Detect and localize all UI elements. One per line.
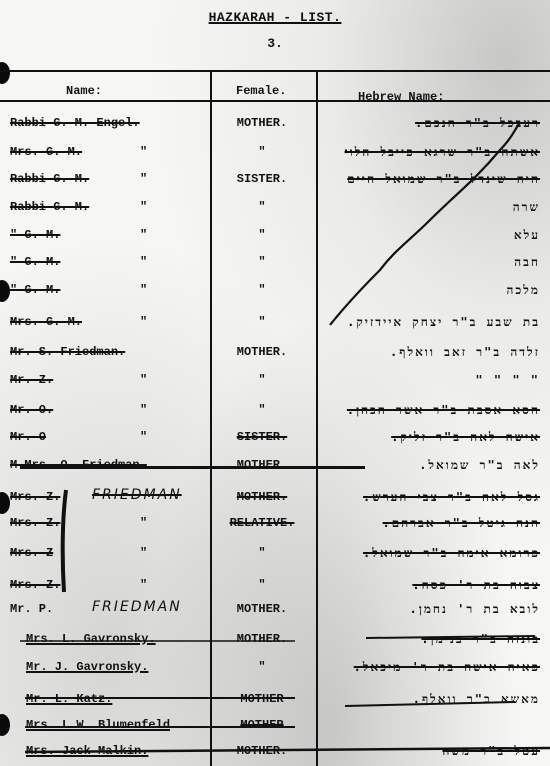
table-row: Rabbi G. M."SISTER.חיה שינדל ב"ר שמואל ח…	[0, 172, 550, 192]
row-name: Mrs. G. M.	[10, 145, 82, 159]
table-row: Mrs. L. Gavronsky.MOTHER.בונזה ב"ר בנימן…	[0, 632, 550, 652]
row-hebrew-name: עלא	[514, 228, 540, 243]
row-name: Mrs. L. Gavronsky.	[26, 632, 156, 646]
row-ditto-mark: "	[140, 516, 147, 530]
row-hebrew-name: שרה	[513, 200, 540, 215]
row-hebrew-name: חיה שינדל ב"ר שמואל חיים	[347, 172, 540, 187]
table-row: " G. M.""מלכה	[0, 283, 550, 303]
table-row: Mr. P.FRIEDMANMOTHER.לובא בת ר' נחמן.	[0, 602, 550, 622]
row-name: Mrs. L.W. Blumenfeld	[26, 718, 170, 732]
row-name: M Mrs. O. Friedman.	[10, 458, 147, 472]
table-row: Mrs. L.W. BlumenfeldMOTHER	[0, 718, 550, 738]
punch-hole	[0, 62, 10, 84]
table-row: Mr. O.""חסא אסבת ב"ר אשר הכהן.	[0, 403, 550, 423]
page-number: 3.	[0, 36, 550, 51]
row-relation: MOTHER.	[212, 632, 312, 646]
row-relation: MOTHER	[212, 718, 312, 732]
table-row: " G. M.""עלא	[0, 228, 550, 248]
row-relation: MOTHER.	[212, 602, 312, 616]
row-name: Mr. J. Gavronsky.	[26, 660, 148, 674]
table-row: " G. M.""חבה	[0, 255, 550, 275]
row-hebrew-name: זלדה ב"ר זאב וואלף.	[390, 345, 540, 360]
row-ditto-mark: "	[140, 578, 147, 592]
row-hebrew-name: לאה ב"ר שמואל.	[419, 458, 540, 473]
row-name: " G. M.	[10, 228, 60, 242]
row-relation: "	[212, 373, 312, 387]
header-rule	[0, 100, 550, 102]
header-name: Name:	[66, 84, 102, 98]
row-hebrew-name: מלכה	[507, 283, 541, 298]
row-relation: MOTHER	[212, 692, 312, 706]
table-row: Mr. O"SISTER.אישה לאה ב"ר זליק.	[0, 430, 550, 450]
row-relation: "	[212, 315, 312, 329]
row-name: " G. M.	[10, 255, 60, 269]
row-hebrew-name: אישה לאה ב"ר זליק.	[391, 430, 540, 445]
row-relation: "	[212, 660, 312, 674]
row-ditto-mark: "	[140, 228, 147, 242]
row-hebrew-name: גסל לאה ב"ר צבי הערש.	[363, 490, 540, 505]
row-hebrew-name: פאיה אישה בת ר' מיכאל.	[354, 660, 540, 675]
row-relation: "	[212, 578, 312, 592]
table-row: Mrs. Z."RELATIVE.חנה גיטל ב"ר אברהם.	[0, 516, 550, 536]
row-relation: "	[212, 403, 312, 417]
row-relation: MOTHER.	[212, 116, 312, 130]
row-hebrew-name: עטל ב"ר משה	[442, 744, 540, 759]
row-name: Rabbi G. M. Engel.	[10, 116, 140, 130]
row-name: Mrs. Z	[10, 546, 53, 560]
row-name: Mr. S. Friedman.	[10, 345, 125, 359]
row-relation: "	[212, 145, 312, 159]
table-row: Rabbi G. M. Engel.MOTHER.רעבכל ב"ר חנכם.	[0, 116, 550, 136]
row-relation: "	[212, 228, 312, 242]
row-hebrew-name: בונזה ב"ר בנימן.	[421, 632, 540, 647]
row-ditto-mark: "	[140, 546, 147, 560]
row-hebrew-name: חנה גיטל ב"ר אברהם.	[383, 516, 540, 531]
document-page: HAZKARAH - LIST. 3. Name: Female. Hebrew…	[0, 0, 550, 766]
row-hebrew-name: צבוה בת ר' פסח.	[412, 578, 540, 593]
row-hebrew-name: מאשא ב"ר וואלף.	[413, 692, 540, 707]
table-row: Mrs. G. M.""אשתח ב"ר שרגא פייבל הלוי	[0, 145, 550, 165]
table-row: Mr. L. Katz.MOTHERמאשא ב"ר וואלף.	[0, 692, 550, 712]
table-row: Mrs. Z.FRIEDMANMOTHER.גסל לאה ב"ר צבי הע…	[0, 490, 550, 510]
row-ditto-mark: "	[140, 373, 147, 387]
row-hebrew-name: אשתח ב"ר שרגא פייבל הלוי	[345, 145, 540, 160]
row-name: Mr. O.	[10, 403, 53, 417]
table-row: M Mrs. O. Friedman.MOTHER.לאה ב"ר שמואל.	[0, 458, 550, 478]
row-ditto-mark: "	[140, 315, 147, 329]
table-row: Mr. S. Friedman.MOTHER.זלדה ב"ר זאב וואל…	[0, 345, 550, 365]
table-row: Mrs. Z.""צבוה בת ר' פסח.	[0, 578, 550, 598]
table-row: Mr. J. Gavronsky."פאיה אישה בת ר' מיכאל.	[0, 660, 550, 680]
row-ditto-mark: "	[140, 172, 147, 186]
row-name: Mr. P.	[10, 602, 53, 616]
row-ditto-mark: "	[140, 200, 147, 214]
row-relation: RELATIVE.	[212, 516, 312, 530]
row-relation: MOTHER.	[212, 490, 312, 504]
row-hebrew-name: פרומא אימה ב"ר שמואל.	[363, 546, 540, 561]
row-relation: "	[212, 255, 312, 269]
row-ditto-mark: "	[140, 430, 147, 444]
table-row: Mrs. G. M.""בת שבע ב"ר יצחק איידזיק.	[0, 315, 550, 335]
row-hebrew-name: חסא אסבת ב"ר אשר הכהן.	[347, 403, 540, 418]
row-name: Rabbi G. M.	[10, 200, 89, 214]
row-name: Mrs. Z.	[10, 490, 60, 504]
row-name: " G. M.	[10, 283, 60, 297]
row-relation: "	[212, 546, 312, 560]
row-relation: SISTER.	[212, 172, 312, 186]
row-hebrew-name: חבה	[514, 255, 540, 270]
table-row: Mr. Z.""" " " "	[0, 373, 550, 393]
row-name: Mr. Z.	[10, 373, 53, 387]
table-row: Rabbi G. M.""שרה	[0, 200, 550, 220]
row-hebrew-name: רעבכל ב"ר חנכם.	[415, 116, 540, 131]
row-handwritten-surname: FRIEDMAN	[92, 487, 182, 503]
row-name: Mr. O	[10, 430, 46, 444]
row-relation: MOTHER.	[212, 345, 312, 359]
row-hebrew-name: לובא בת ר' נחמן.	[410, 602, 540, 617]
row-relation: MOTHER.	[212, 744, 312, 758]
row-ditto-mark: "	[140, 255, 147, 269]
row-name: Mrs. Z.	[10, 516, 60, 530]
row-relation: "	[212, 283, 312, 297]
row-relation: MOTHER.	[212, 458, 312, 472]
row-name: Mrs. Z.	[10, 578, 60, 592]
header-female: Female.	[236, 84, 286, 98]
document-title: HAZKARAH - LIST.	[0, 10, 550, 25]
table-row: Mrs. Jack Malkin.MOTHER.עטל ב"ר משה	[0, 744, 550, 764]
row-handwritten-surname: FRIEDMAN	[92, 599, 182, 615]
header-hebrew-name: Hebrew Name:	[358, 90, 444, 104]
row-name: Rabbi G. M.	[10, 172, 89, 186]
row-hebrew-name: בת שבע ב"ר יצחק איידזיק.	[347, 315, 540, 330]
row-name: Mrs. G. M.	[10, 315, 82, 329]
row-relation: "	[212, 200, 312, 214]
table-top-rule	[0, 70, 550, 72]
row-ditto-mark: "	[140, 403, 147, 417]
row-ditto-mark: "	[140, 283, 147, 297]
row-hebrew-name: " " " "	[475, 373, 540, 387]
row-name: Mrs. Jack Malkin.	[26, 744, 148, 758]
row-name: Mr. L. Katz.	[26, 692, 112, 706]
row-relation: SISTER.	[212, 430, 312, 444]
row-ditto-mark: "	[140, 145, 147, 159]
table-row: Mrs. Z""פרומא אימה ב"ר שמואל.	[0, 546, 550, 566]
